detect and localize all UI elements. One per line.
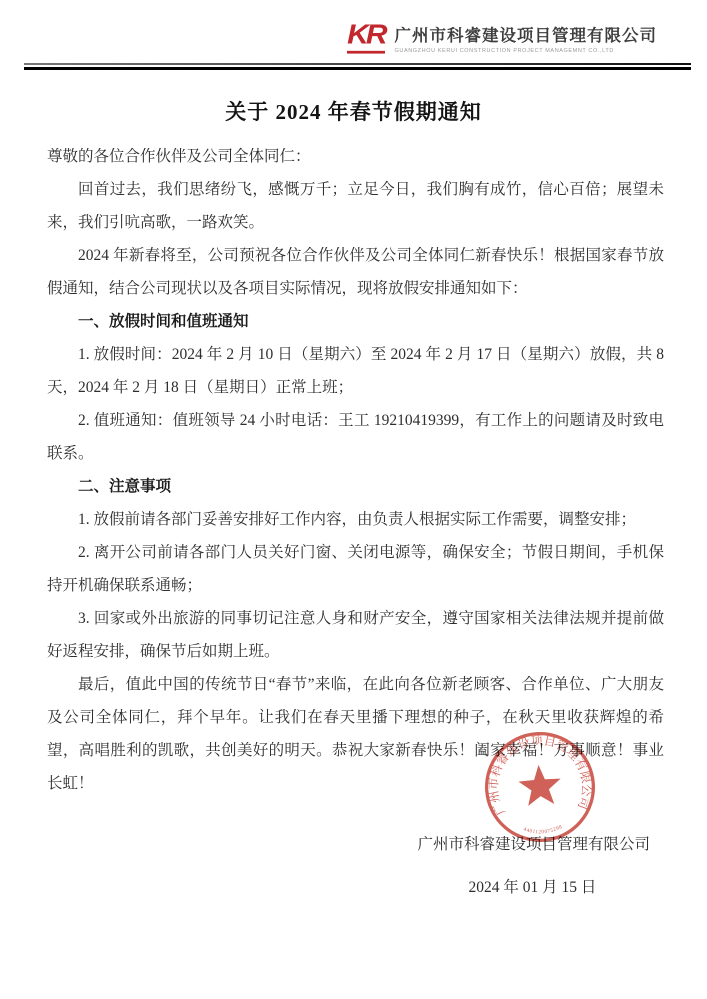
paragraph-announcement: 2024 年新春将至，公司预祝各位合作伙伴及公司全体同仁新春快乐！根据国家春节放… (47, 239, 664, 305)
paragraph-closing: 最后，值此中国的传统节日“春节”来临，在此向各位新老顾客、合作单位、广大朋友及公… (47, 668, 664, 800)
paragraph-note-1: 1. 放假前请各部门妥善安排好工作内容，由负责人根据实际工作需要，调整安排； (47, 503, 664, 536)
company-name-cn: 广州市科睿建设项目管理有限公司 (395, 22, 658, 46)
document-page: KR 广州市科睿建设项目管理有限公司 GUANGZHOU KERUI CONST… (0, 0, 707, 999)
paragraph-duty-contact: 2. 值班通知：值班领导 24 小时电话：王工 19210419399，有工作上… (47, 404, 664, 470)
section-heading-2: 二、注意事项 (47, 470, 664, 503)
document-body: 尊敬的各位合作伙伴及公司全体同仁： 回首过去，我们思绪纷飞，感慨万千；立足今日，… (0, 126, 707, 800)
paragraph-note-3: 3. 回家或外出旅游的同事切记注意人身和财产安全，遵守国家相关法律法规并提前做好… (47, 602, 664, 668)
signature-block: 广州市科睿建设项目管理有限公司 2024 年 01 月 15 日 (0, 828, 650, 904)
section-heading-1: 一、放假时间和值班通知 (47, 305, 664, 338)
company-name-en: GUANGZHOU KERUI CONSTRUCTION PROJECT MAN… (395, 48, 658, 54)
paragraph-intro: 回首过去，我们思绪纷飞，感慨万千；立足今日，我们胸有成竹，信心百倍；展望未来，我… (47, 173, 664, 239)
kr-logo-icon: KR (347, 21, 384, 53)
paragraph-holiday-dates: 1. 放假时间：2024 年 2 月 10 日（星期六）至 2024 年 2 月… (47, 338, 664, 404)
header-divider (24, 63, 691, 70)
letterhead: KR 广州市科睿建设项目管理有限公司 GUANGZHOU KERUI CONST… (0, 0, 707, 61)
signature-date: 2024 年 01 月 15 日 (415, 871, 650, 904)
paragraph-note-2: 2. 离开公司前请各部门人员关好门窗、关闭电源等，确保安全；节假日期间，手机保持… (47, 536, 664, 602)
company-brand: KR 广州市科睿建设项目管理有限公司 GUANGZHOU KERUI CONST… (347, 20, 657, 55)
signature-company: 广州市科睿建设项目管理有限公司 (417, 828, 650, 861)
paragraph-salutation: 尊敬的各位合作伙伴及公司全体同仁： (47, 140, 664, 173)
document-title: 关于 2024 年春节假期通知 (0, 96, 707, 126)
